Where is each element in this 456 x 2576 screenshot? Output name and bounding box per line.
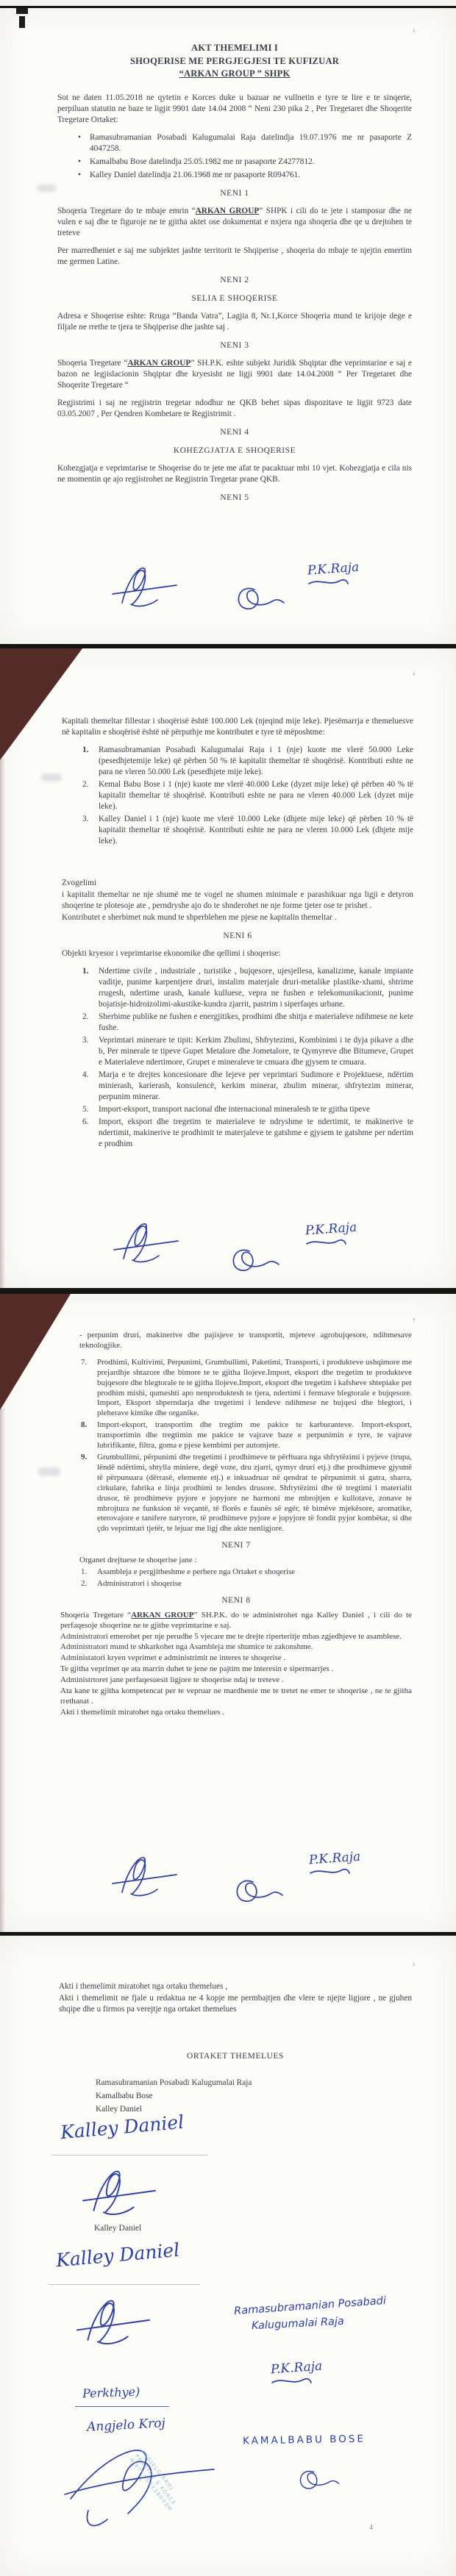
paragraph: Akti i themelimit miratohet nga ortaku t… [60, 1708, 412, 1718]
numbered-list: 1.Asambleja e pergjitheshme e perbere ng… [60, 1567, 412, 1589]
paragraph: Administratori mund te shkarkohet nga As… [60, 1642, 412, 1653]
signature-kalley-script: Kalley Daniel [55, 2239, 180, 2272]
signature-scribble-crossed [79, 2159, 160, 2228]
item-number: 1. [81, 1567, 97, 1578]
item-text: Import-eksport, transport nacional dhe i… [99, 1104, 413, 1115]
page-3-content: - perpunim druri, makinerive dhe pajisje… [0, 1294, 456, 1718]
text-segment: ARKAN GROUP [127, 359, 190, 368]
section-heading: NENI 7 [60, 1541, 412, 1551]
founder-name: Kamalbabu Bose [96, 2091, 412, 2102]
founder-text: Kalley Daniel datelindja 21.06.1968 me n… [90, 170, 412, 181]
paragraph: Kapitali themeltar fillestar i shoqërisë… [62, 716, 413, 738]
paragraph: Akti i themelimit miratohet nga ortaku t… [59, 1981, 412, 1992]
bullet-icon: • [78, 157, 90, 168]
numbered-item: 9.Grumbullimi, përpunimi dhe tregetimi i… [81, 1453, 412, 1534]
item-number: 7. [81, 1358, 97, 1419]
signature-loop-icon [293, 2464, 341, 2496]
section-heading: NENI 4 [57, 427, 412, 438]
item-number: 2. [81, 1579, 97, 1589]
item-number: 4. [82, 1070, 99, 1103]
text-segment: Akti i themelimit miratohet nga ortaku t… [60, 1708, 224, 1717]
page-1: ǂ AKT THEMELIMI ISHOQERISE ME PERGJEGJES… [0, 8, 456, 644]
item-text: Ramasubramanian Posabadi Kalugumalai Raj… [99, 745, 413, 778]
text-segment: Kapitali themeltar fillestar i shoqërisë… [62, 717, 413, 737]
numbered-item: 8.Import-eksport, transportim dhe tregti… [81, 1420, 412, 1451]
signature-flourish-icon [307, 576, 349, 588]
founder-text: Ramasubramanian Posabadi Kalugumalai Raj… [90, 132, 412, 154]
document-title: AKT THEMELIMI ISHOQERISE ME PERGJEGJESI … [57, 42, 412, 81]
paragraph: Akti i themelimit ne fjale u redaktua ne… [59, 1993, 412, 2015]
bullet-icon: • [78, 132, 90, 154]
numbered-item: 2.Administratori i shoqerise [81, 1579, 412, 1589]
paragraph: - perpunim druri, makinerive dhe pajisje… [60, 1331, 412, 1351]
paragraph: Objekti kryesor i veprimtarise ekonomike… [62, 948, 413, 959]
text-segment: Organet drejtuese te shoqerise jane : [79, 1556, 197, 1564]
item-number: 8. [81, 1420, 97, 1451]
signature-rama-handwritten-line2: Kalugumalai Raja [252, 2316, 345, 2333]
text-segment: Regjistrimi i saj ne regjistrin tregetar… [57, 398, 412, 418]
signature-pk-text: P.K.Raja [270, 2359, 322, 2378]
text-segment: Kontributet e sherbimet nuk mund te shpe… [62, 913, 337, 922]
paragraph: Ata kane te gjitha kompetencat per te ve… [60, 1686, 412, 1707]
item-text: Import-eksport, transportim dhe tregtim … [97, 1420, 412, 1451]
item-text: Prodhimi, Kultivimi, Perpunimi, Grumbull… [97, 1358, 412, 1419]
item-text: Import, eksport dhe tregetim te material… [99, 1117, 413, 1150]
signature-flourish-icon [305, 1237, 346, 1248]
numbered-item: 4.Marja e te drejtes koncesionare dhe le… [82, 1070, 413, 1103]
page-2: ǂ Kapitali themeltar fillestar i shoqëri… [0, 648, 456, 1288]
translator-name-handwritten: Angjelo Kroj [87, 2416, 166, 2435]
numbered-list: 7.Prodhimi, Kultivimi, Perpunimi, Grumbu… [60, 1358, 412, 1534]
text-segment: Ata kane te gjitha kompetencat per te ve… [60, 1686, 412, 1706]
signature-pk: P.K.Raja [309, 1851, 360, 1881]
numbered-item: 1.Ramasubramanian Posabadi Kalugumalai R… [82, 745, 413, 778]
translator-label-handwritten: Perkthye) [82, 2385, 140, 2401]
numbered-item: 3.Kalley Daniel i 1 (nje) kuote me vlerë… [82, 814, 413, 847]
numbered-item: 2.Kemal Babu Bose i 1 (nje) kuote me vle… [82, 779, 413, 812]
signature-pk: P.K.Raja [271, 2361, 322, 2391]
text-segment: ARKAN GROUP [131, 1611, 193, 1620]
item-number: 3. [82, 1035, 99, 1068]
item-text: Grumbullimi, përpunimi dhe tregetimi i p… [97, 1453, 412, 1534]
item-number: 6. [82, 1117, 99, 1150]
item-text: Kalley Daniel i 1 (nje) kuote me vlerë 1… [99, 814, 413, 847]
page-4-content: Akti i themelimit miratohet nga ortaku t… [0, 1936, 456, 2115]
founder-item: •Kalley Daniel datelindja 21.06.1968 me … [78, 170, 412, 181]
founder-name: Kalley Daniel [96, 2104, 412, 2115]
numbered-list: 1.Ramasubramanian Posabadi Kalugumalai R… [62, 745, 413, 847]
bullet-icon: • [78, 170, 90, 181]
text-segment: Akti i themelimit ne fjale u redaktua ne… [59, 1994, 412, 2014]
paragraph: Administratori emerohet per nje perudhe … [60, 1632, 412, 1642]
text-segment: Shoqeria Tregetare “ [57, 359, 127, 368]
page-1-content: AKT THEMELIMI ISHOQERISE ME PERGJEGJESI … [0, 8, 456, 504]
spacer [62, 853, 413, 878]
founder-name: Ramasubramanian Posabadi Kalugumalai Raj… [96, 2078, 412, 2089]
page-2-content: Kapitali themeltar fillestar i shoqërisë… [0, 648, 456, 1150]
signature-pk: P.K.Raja [307, 562, 359, 592]
signature-initial-loop [224, 1242, 282, 1281]
item-text: Kemal Babu Bose i 1 (nje) kuote me vlerë… [99, 779, 413, 812]
signature-flourish-icon [309, 1866, 350, 1878]
signature-scribble-icon [74, 2289, 154, 2353]
document-title-line: AKT THEMELIMI I [57, 42, 412, 55]
item-number: 5. [82, 1104, 99, 1115]
page-number: 4 [369, 2524, 373, 2532]
paragraph: Sot ne daten 11.05.2018 ne qytetin e Kor… [57, 93, 412, 126]
signature-row: P.K.Raja [0, 1847, 456, 1917]
text-segment: i kapitalit themeltar ne nje shumë me te… [62, 890, 413, 910]
item-number: 3. [82, 814, 99, 847]
signature-initial-loop [229, 581, 287, 620]
signature-kamalbabu-handwritten: KAMALBABU BOSE [243, 2433, 366, 2447]
text-segment: Sot ne daten 11.05.2018 ne qytetin e Kor… [57, 93, 412, 124]
signature-rama-handwritten-line1: Ramasubramanian Posabadi [234, 2295, 387, 2317]
founders-names: Ramasubramanian Posabadi Kalugumalai Raj… [59, 2078, 412, 2115]
numbered-list: 1.Ndertime civile , industriale , turist… [62, 966, 413, 1150]
text-segment: - perpunim druri, makinerive dhe pajisje… [79, 1331, 412, 1350]
numbered-item: 3.Veprimtari minerare te tipit: Kerkim Z… [82, 1035, 413, 1068]
text-segment: Administrtoret jane perfaqesuesit ligjor… [60, 1675, 284, 1684]
section-heading: NENI 8 [60, 1596, 412, 1606]
paragraph: Regjistrimi i saj ne regjistrin tregetar… [57, 398, 412, 420]
text-segment: Per marredheniet e saj me subjektet jash… [57, 246, 412, 266]
item-text: Marja e te drejtes koncesionare dhe leje… [99, 1070, 413, 1103]
item-text: Asambleja e pergjitheshme e perbere nga … [97, 1567, 412, 1578]
signature-loop-icon [228, 1873, 285, 1908]
text-segment: Objekti kryesor i veprimtarise ekonomike… [62, 949, 280, 958]
paragraph: i kapitalit themeltar ne nje shumë me te… [62, 890, 413, 912]
signature-kalley-typed-label: Kalley Daniel [94, 2224, 141, 2233]
signature-loop-icon [224, 1242, 282, 1278]
section-heading: NENI 1 [57, 188, 412, 199]
founder-item: •Kamalbabu Bose datelindja 25.05.1982 me… [78, 157, 412, 168]
signature-underline [51, 2155, 207, 2155]
text-segment: Shoqeria Tregetare “ [60, 1611, 131, 1620]
item-number: 2. [82, 779, 99, 812]
signature-scribble-crossed [110, 1847, 180, 1908]
text-segment: Administatori kryen veprimet e administr… [60, 1653, 285, 1662]
signature-initial-loop [228, 1873, 285, 1912]
paragraph: Organet drejtuese te shoqerise jane : [60, 1556, 412, 1566]
spacer [59, 2069, 412, 2075]
document-title-line: SHOQERISE ME PERGJEGJESI TE KUFIZUAR [57, 55, 412, 68]
section-heading: NENI 2 [57, 275, 412, 286]
section-heading: ORTAKET THEMELUES [59, 2051, 412, 2062]
text-segment: Kohezgjatja e veprimtarise te Shoqerise … [57, 464, 412, 484]
signature-scribble-crossed [74, 2289, 154, 2357]
signature-row: P.K.Raja [0, 556, 456, 626]
signature-scribble-icon [112, 1213, 182, 1270]
item-text: Ndertime civile , industriale , turistik… [99, 966, 413, 1010]
text-segment: Administratori emerohet per nje perudhe … [60, 1632, 402, 1641]
paragraph: Shoqeria Tregetare “ARKAN GROUP” SH.P.K.… [57, 358, 412, 391]
section-heading: NENI 3 [57, 340, 412, 351]
numbered-item: 1.Asambleja e pergjitheshme e perbere ng… [81, 1567, 412, 1578]
section-heading: NENI 6 [62, 931, 413, 942]
signature-kalley-script: Kalley Daniel [60, 2111, 185, 2144]
item-number: 1. [82, 966, 99, 1010]
section-heading: SELIA E SHOQERISE [57, 293, 412, 304]
spacer [59, 2022, 412, 2044]
document-title-line: “ARKAN GROUP ” SHPK [57, 68, 412, 81]
paragraph: Administatori kryen veprimet e administr… [60, 1653, 412, 1664]
paragraph: Te gjitha veprimet qe ata marrin duhet t… [60, 1664, 412, 1675]
paragraph: Per marredheniet e saj me subjektet jash… [57, 246, 412, 268]
numbered-item: 5.Import-eksport, transport nacional dhe… [82, 1104, 413, 1115]
signature-flourish-icon [271, 2375, 312, 2387]
paragraph: Kontributet e sherbimet nuk mund te shpe… [62, 912, 413, 923]
signature-pk-text: P.K.Raja [308, 1850, 360, 1868]
text-segment: ARKAN GROUP [196, 207, 260, 215]
signature-underline [49, 2284, 200, 2285]
signature-scribble-icon [79, 2159, 160, 2224]
signature-initial-loop [293, 2464, 341, 2500]
text-segment: Administratori mund te shkarkohet nga As… [60, 1642, 313, 1651]
numbered-item: 2.Sherbime publike ne fushen e energjiti… [82, 1012, 413, 1034]
section-heading: NENI 5 [57, 493, 412, 504]
paragraph: Adresa e Shoqerise eshte: Rruga “Banda V… [57, 311, 412, 333]
signature-pk-text: P.K.Raja [304, 1220, 357, 1239]
item-number: 1. [82, 745, 99, 778]
signature-scribble-icon [110, 557, 180, 615]
paragraph: Shoqeria Tregetare “ARKAN GROUP” SH.P.K.… [60, 1611, 412, 1631]
text-segment: Te gjitha veprimet qe ata marrin duhet t… [60, 1664, 333, 1673]
numbered-item: 6.Import, eksport dhe tregetim te materi… [82, 1117, 413, 1150]
signature-scribble-crossed [110, 557, 180, 618]
page-3: ǂ - perpunim druri, makinerive dhe pajis… [0, 1294, 456, 1932]
signature-loop-icon [229, 581, 287, 616]
text-segment: Adresa e Shoqerise eshte: Rruga “Banda V… [57, 312, 412, 332]
scanned-document: ǂ AKT THEMELIMI ISHOQERISE ME PERGJEGJES… [0, 0, 456, 2576]
signature-pk-text: P.K.Raja [307, 560, 359, 579]
translator-underline [75, 2406, 169, 2407]
item-number: 9. [81, 1453, 97, 1534]
founder-item: •Ramasubramanian Posabadi Kalugumalai Ra… [78, 132, 412, 154]
item-text: Administratori i shoqerise [97, 1579, 412, 1589]
item-text: Veprimtari minerare te tipit: Kerkim Zbu… [99, 1035, 413, 1068]
signature-row: P.K.Raja [0, 1213, 456, 1283]
numbered-item: 7.Prodhimi, Kultivimi, Perpunimi, Grumbu… [81, 1358, 412, 1419]
text-segment: Akti i themelimit miratohet nga ortaku t… [59, 1982, 227, 1991]
numbered-item: 1.Ndertime civile , industriale , turist… [82, 966, 413, 1010]
signature-scribble-icon [110, 1847, 180, 1904]
paragraph: Kohezgjatja e veprimtarise te Shoqerise … [57, 463, 412, 485]
paragraph: Shoqeria Tregetare do te mbaje emrin “AR… [57, 206, 412, 239]
founder-text: Kamalbabu Bose datelindja 25.05.1982 me … [90, 157, 412, 168]
section-heading: KOHEZGJATJA E SHOQERISE [57, 446, 412, 457]
item-text: Sherbime publike ne fushen e energjitike… [99, 1012, 413, 1034]
paragraph: Zvogelimi [62, 878, 413, 889]
founders-list: •Ramasubramanian Posabadi Kalugumalai Ra… [57, 132, 412, 181]
paragraph: Administrtoret jane perfaqesuesit ligjor… [60, 1675, 412, 1686]
item-number: 2. [82, 1012, 99, 1034]
signature-pk: P.K.Raja [305, 1222, 357, 1252]
signature-scribble-crossed [112, 1213, 182, 1274]
text-segment: Shoqeria Tregetare do te mbaje emrin “ [57, 207, 196, 215]
page-4: ǂ Akti i themelimit miratohet nga ortaku… [0, 1936, 456, 2576]
text-segment: Zvogelimi [62, 879, 96, 887]
page-boundary [0, 1288, 456, 1294]
